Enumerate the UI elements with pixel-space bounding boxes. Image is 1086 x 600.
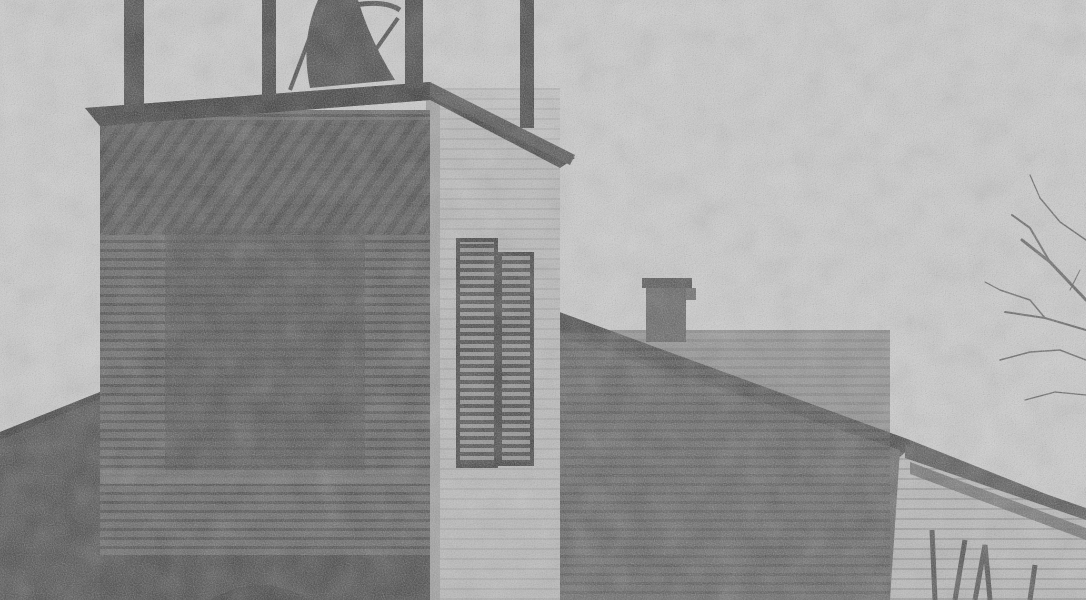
photograph — [0, 0, 1086, 600]
church-scene — [0, 0, 1086, 600]
